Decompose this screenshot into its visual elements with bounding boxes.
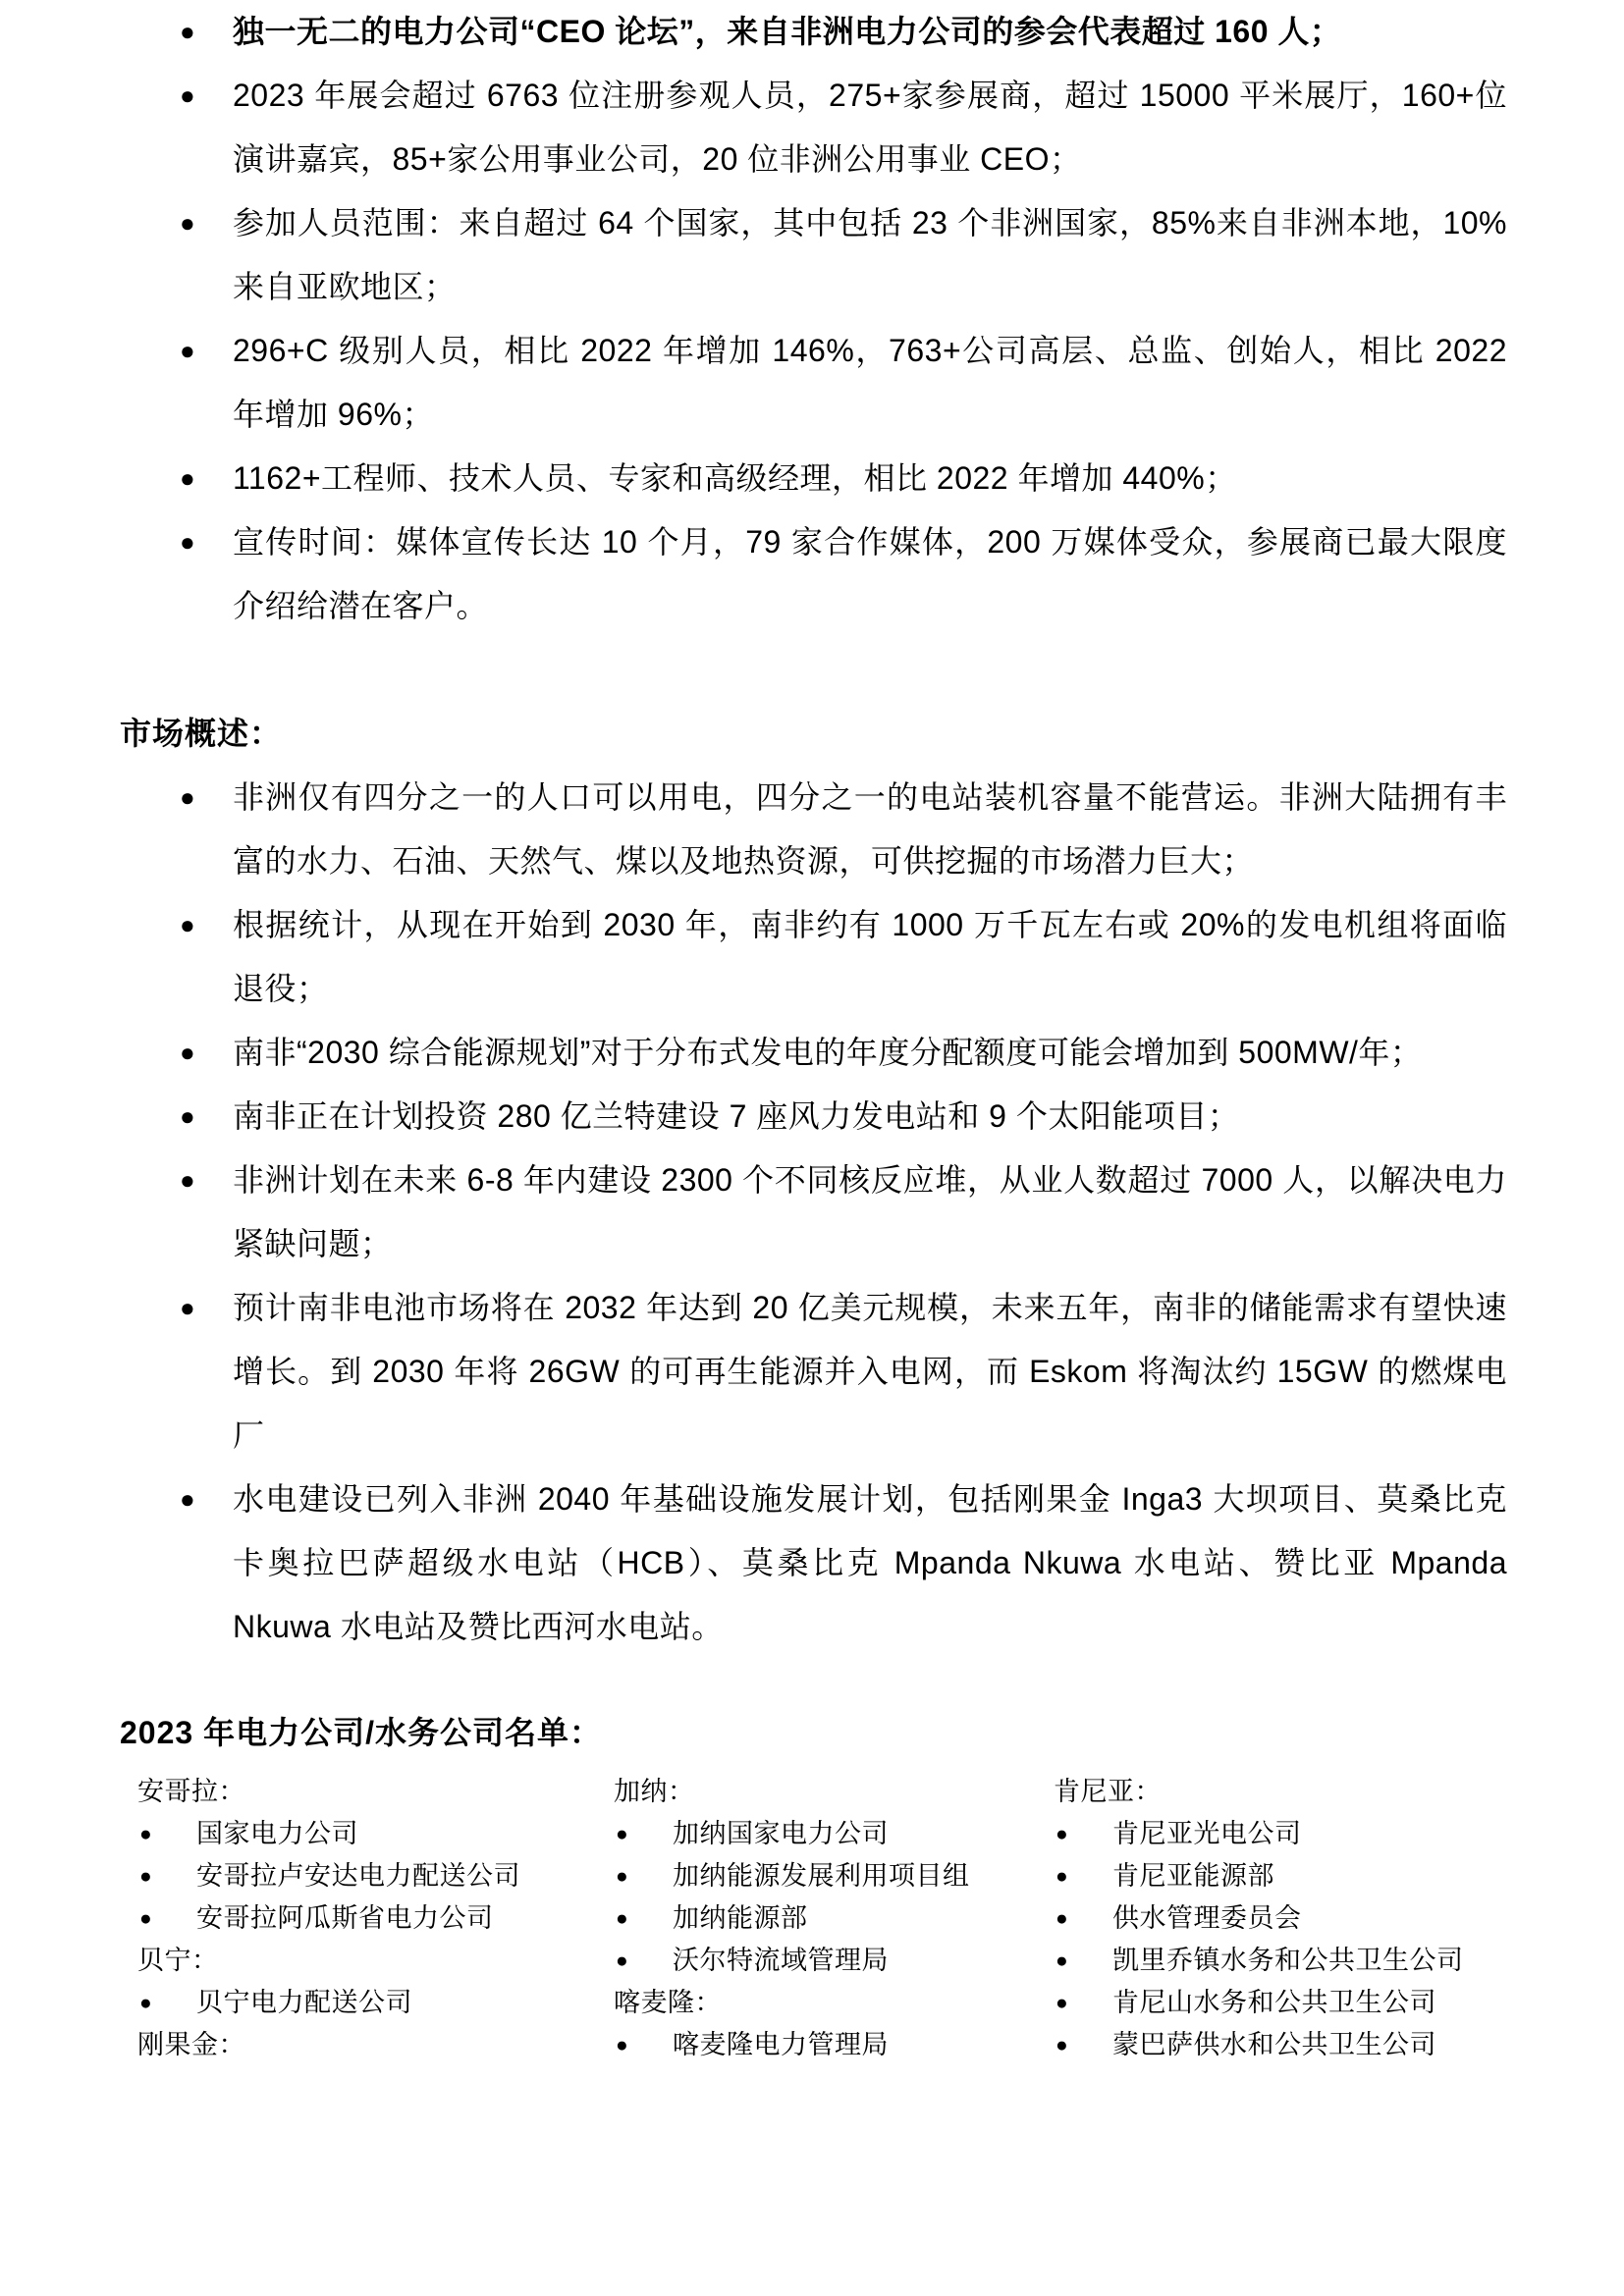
bullet-icon: ● xyxy=(180,510,195,574)
company-name: 贝宁电力配送公司 xyxy=(196,1988,412,2017)
bullet-icon: ● xyxy=(139,1897,152,1940)
list-item: ● 南非“2030 综合能源规划”对于分布式发电的年度分配额度可能会增加到 50… xyxy=(233,1021,1507,1085)
company-name: 喀麦隆电力管理局 xyxy=(673,2030,889,2059)
list-item-text: 独一无二的电力公司“CEO 论坛”，来自非洲电力公司的参会代表超过 160 人； xyxy=(233,14,1341,49)
country-header: 刚果金： xyxy=(137,2024,609,2066)
company-name: 肯尼山水务和公共卫生公司 xyxy=(1112,1988,1436,2017)
bullet-icon: ● xyxy=(139,1813,152,1855)
company-name: 加纳国家电力公司 xyxy=(673,1819,889,1848)
document-page: ● 独一无二的电力公司“CEO 论坛”，来自非洲电力公司的参会代表超过 160 … xyxy=(0,0,1624,2296)
bullet-icon: ● xyxy=(1056,1982,1068,2024)
company-name: 沃尔特流域管理局 xyxy=(673,1946,889,1975)
list-item: ● 水电建设已列入非洲 2040 年基础设施发展计划，包括刚果金 Inga3 大… xyxy=(233,1468,1507,1659)
list-item: ● 安哥拉卢安达电力配送公司 xyxy=(137,1855,609,1897)
bullet-icon: ● xyxy=(616,1940,628,1982)
bullet-icon: ● xyxy=(1056,2024,1068,2066)
list-item-text: 预计南非电池市场将在 2032 年达到 20 亿美元规模，未来五年，南非的储能需… xyxy=(233,1290,1507,1453)
bullet-icon: ● xyxy=(139,1982,152,2024)
companies-column-angola: 安哥拉： ● 国家电力公司 ● 安哥拉卢安达电力配送公司 ● 安哥拉阿瓜斯省电力… xyxy=(137,1771,609,2066)
list-item: ● 安哥拉阿瓜斯省电力公司 xyxy=(137,1897,609,1940)
list-item: ● 凯里乔镇水务和公共卫生公司 xyxy=(1054,1940,1618,1982)
bullet-icon: ● xyxy=(139,1855,152,1897)
list-item-text: 2023 年展会超过 6763 位注册参观人员，275+家参展商，超过 1500… xyxy=(233,78,1507,177)
list-item: ● 根据统计，从现在开始到 2030 年，南非约有 1000 万千瓦左右或 20… xyxy=(233,893,1507,1021)
bullet-icon: ● xyxy=(180,1276,195,1340)
list-item: ● 供水管理委员会 xyxy=(1054,1897,1618,1940)
list-item: ● 南非正在计划投资 280 亿兰特建设 7 座风力发电站和 9 个太阳能项目； xyxy=(233,1085,1507,1148)
bullet-icon: ● xyxy=(180,191,195,255)
bullet-icon: ● xyxy=(180,1021,195,1085)
company-name: 国家电力公司 xyxy=(196,1819,358,1848)
company-name: 凯里乔镇水务和公共卫生公司 xyxy=(1112,1946,1464,1975)
list-item-text: 1162+工程师、技术人员、专家和高级经理，相比 2022 年增加 440%； xyxy=(233,460,1237,496)
company-name: 安哥拉卢安达电力配送公司 xyxy=(196,1861,520,1891)
list-item: ● 肯尼亚能源部 xyxy=(1054,1855,1618,1897)
list-item: ● 沃尔特流域管理局 xyxy=(614,1940,1051,1982)
list-item: ● 喀麦隆电力管理局 xyxy=(614,2024,1051,2066)
company-name: 蒙巴萨供水和公共卫生公司 xyxy=(1112,2030,1436,2059)
list-item: ● 加纳能源发展利用项目组 xyxy=(614,1855,1051,1897)
bullet-icon: ● xyxy=(180,893,195,957)
list-item: ● 肯尼山水务和公共卫生公司 xyxy=(1054,1982,1618,2024)
list-item: ● 非洲计划在未来 6-8 年内建设 2300 个不同核反应堆，从业人数超过 7… xyxy=(233,1148,1507,1276)
country-header: 贝宁： xyxy=(137,1940,609,1982)
company-name: 加纳能源部 xyxy=(673,1903,808,1933)
list-item-text: 南非正在计划投资 280 亿兰特建设 7 座风力发电站和 9 个太阳能项目； xyxy=(233,1098,1239,1134)
list-item-text: 非洲计划在未来 6-8 年内建设 2300 个不同核反应堆，从业人数超过 700… xyxy=(233,1162,1507,1261)
list-item: ● 1162+工程师、技术人员、专家和高级经理，相比 2022 年增加 440%… xyxy=(233,447,1507,510)
list-item: ● 参加人员范围：来自超过 64 个国家，其中包括 23 个非洲国家，85%来自… xyxy=(233,191,1507,319)
market-bullet-list: ● 非洲仅有四分之一的人口可以用电，四分之一的电站装机容量不能营运。非洲大陆拥有… xyxy=(0,766,1624,1659)
bullet-icon: ● xyxy=(616,2024,628,2066)
list-item: ● 独一无二的电力公司“CEO 论坛”，来自非洲电力公司的参会代表超过 160 … xyxy=(233,0,1507,64)
country-header: 加纳： xyxy=(614,1771,1051,1813)
list-item: ● 贝宁电力配送公司 xyxy=(137,1982,609,2024)
company-name: 供水管理委员会 xyxy=(1112,1903,1302,1933)
bullet-icon: ● xyxy=(180,0,195,64)
bullet-icon: ● xyxy=(180,447,195,510)
company-name: 加纳能源发展利用项目组 xyxy=(673,1861,970,1891)
company-name: 肯尼亚光电公司 xyxy=(1112,1819,1302,1848)
list-item-text: 水电建设已列入非洲 2040 年基础设施发展计划，包括刚果金 Inga3 大坝项… xyxy=(233,1481,1507,1644)
list-item-text: 宣传时间：媒体宣传长达 10 个月，79 家合作媒体，200 万媒体受众，参展商… xyxy=(233,524,1507,623)
list-item: ● 296+C 级别人员，相比 2022 年增加 146%，763+公司高层、总… xyxy=(233,319,1507,447)
list-item-text: 非洲仅有四分之一的人口可以用电，四分之一的电站装机容量不能营运。非洲大陆拥有丰富… xyxy=(233,779,1507,879)
list-item: ● 肯尼亚光电公司 xyxy=(1054,1813,1618,1855)
list-item-text: 根据统计，从现在开始到 2030 年，南非约有 1000 万千瓦左右或 20%的… xyxy=(233,907,1507,1006)
list-item: ● 非洲仅有四分之一的人口可以用电，四分之一的电站装机容量不能营运。非洲大陆拥有… xyxy=(233,766,1507,893)
intro-bullet-list: ● 独一无二的电力公司“CEO 论坛”，来自非洲电力公司的参会代表超过 160 … xyxy=(0,0,1624,638)
list-item: ● 国家电力公司 xyxy=(137,1813,609,1855)
bullet-icon: ● xyxy=(180,1468,195,1531)
bullet-icon: ● xyxy=(1056,1813,1068,1855)
market-overview-heading: 市场概述： xyxy=(120,702,1624,766)
list-item: ● 加纳能源部 xyxy=(614,1897,1051,1940)
bullet-icon: ● xyxy=(616,1897,628,1940)
companies-columns: 安哥拉： ● 国家电力公司 ● 安哥拉卢安达电力配送公司 ● 安哥拉阿瓜斯省电力… xyxy=(0,1771,1624,2075)
companies-column-ghana: 加纳： ● 加纳国家电力公司 ● 加纳能源发展利用项目组 ● 加纳能源部 ● 沃… xyxy=(614,1771,1051,2066)
bullet-icon: ● xyxy=(180,1085,195,1148)
list-item: ● 预计南非电池市场将在 2032 年达到 20 亿美元规模，未来五年，南非的储… xyxy=(233,1276,1507,1468)
bullet-icon: ● xyxy=(1056,1940,1068,1982)
company-name: 肯尼亚能源部 xyxy=(1112,1861,1274,1891)
list-item: ● 加纳国家电力公司 xyxy=(614,1813,1051,1855)
company-name: 安哥拉阿瓜斯省电力公司 xyxy=(196,1903,494,1933)
bullet-icon: ● xyxy=(180,766,195,829)
bullet-icon: ● xyxy=(616,1855,628,1897)
list-item: ● 2023 年展会超过 6763 位注册参观人员，275+家参展商，超过 15… xyxy=(233,64,1507,191)
bullet-icon: ● xyxy=(616,1813,628,1855)
bullet-icon: ● xyxy=(1056,1897,1068,1940)
bullet-icon: ● xyxy=(1056,1855,1068,1897)
list-item: ● 蒙巴萨供水和公共卫生公司 xyxy=(1054,2024,1618,2066)
bullet-icon: ● xyxy=(180,64,195,128)
list-item: ● 宣传时间：媒体宣传长达 10 个月，79 家合作媒体，200 万媒体受众，参… xyxy=(233,510,1507,638)
country-header: 肯尼亚： xyxy=(1054,1771,1618,1813)
list-item-text: 南非“2030 综合能源规划”对于分布式发电的年度分配额度可能会增加到 500M… xyxy=(233,1035,1422,1070)
companies-list-heading: 2023 年电力公司/水务公司名单： xyxy=(120,1701,1624,1765)
country-header: 安哥拉： xyxy=(137,1771,609,1813)
list-item-text: 296+C 级别人员，相比 2022 年增加 146%，763+公司高层、总监、… xyxy=(233,333,1507,432)
list-item-text: 参加人员范围：来自超过 64 个国家，其中包括 23 个非洲国家，85%来自非洲… xyxy=(233,205,1507,304)
companies-column-kenya: 肯尼亚： ● 肯尼亚光电公司 ● 肯尼亚能源部 ● 供水管理委员会 ● 凯里乔镇… xyxy=(1054,1771,1618,2066)
bullet-icon: ● xyxy=(180,1148,195,1212)
country-header: 喀麦隆： xyxy=(614,1982,1051,2024)
bullet-icon: ● xyxy=(180,319,195,383)
